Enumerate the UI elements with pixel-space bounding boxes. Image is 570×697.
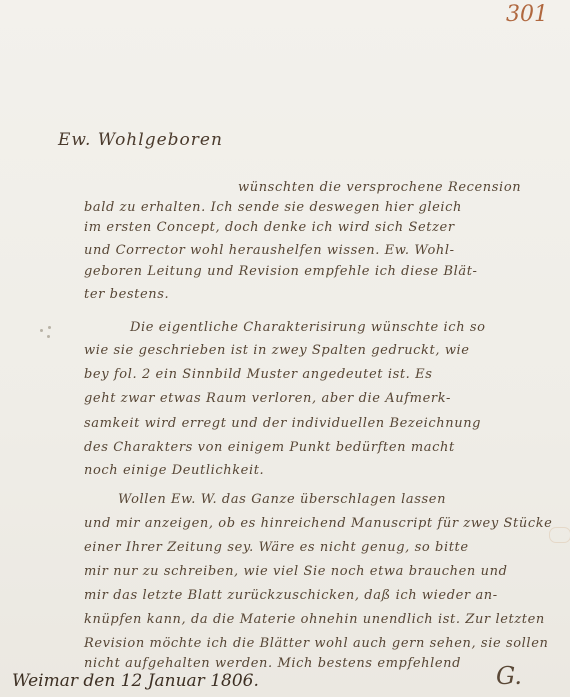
text-line: Wollen Ew. W. das Ganze überschlagen las… — [118, 492, 446, 507]
text-line: mir nur zu schreiben, wie viel Sie noch … — [84, 564, 508, 579]
text-line: im ersten Concept, doch denke ich wird s… — [84, 220, 455, 235]
paper-spot — [48, 326, 51, 329]
text-line: noch einige Deutlichkeit. — [84, 463, 264, 478]
text-line: wie sie geschrieben ist in zwey Spalten … — [84, 343, 470, 358]
text-line: samkeit wird erregt und der individuelle… — [84, 416, 481, 431]
text-line: des Charakters von einigem Punkt bedürft… — [84, 440, 455, 455]
text-line: und mir anzeigen, ob es hinreichend Manu… — [84, 516, 552, 531]
text-line: ter bestens. — [84, 287, 169, 302]
text-line: Die eigentliche Charakterisirung wünscht… — [130, 320, 486, 335]
text-line: knüpfen kann, da die Materie ohnehin une… — [84, 612, 545, 627]
signature: G. — [496, 662, 522, 690]
salutation: Ew. Wohlgeboren — [58, 130, 223, 150]
text-line: wünschten die versprochene Recension — [238, 180, 521, 195]
text-line: bald zu erhalten. Ich sende sie deswegen… — [84, 200, 462, 215]
paper-spot — [40, 329, 43, 332]
text-line: geboren Leitung und Revision empfehle ic… — [84, 264, 478, 279]
text-line: einer Ihrer Zeitung sey. Wäre es nicht g… — [84, 540, 469, 555]
text-line: geht zwar etwas Raum verloren, aber die … — [84, 391, 451, 406]
text-line: mir das letzte Blatt zurückzuschicken, d… — [84, 588, 498, 603]
paper-spot — [47, 335, 50, 338]
place-date: Weimar den 12 Januar 1806. — [12, 671, 259, 691]
letter-page: 301 Ew. Wohlgeboren wünschten die verspr… — [0, 0, 570, 697]
text-line: und Corrector wohl heraushelfen wissen. … — [84, 243, 455, 258]
faint-stamp-mark — [549, 527, 570, 543]
text-line: nicht aufgehalten werden. Mich bestens e… — [84, 656, 461, 671]
text-line: bey fol. 2 ein Sinnbild Muster angedeute… — [84, 367, 433, 382]
text-line: Revision möchte ich die Blätter wohl auc… — [84, 636, 548, 651]
folio-number: 301 — [506, 2, 548, 27]
